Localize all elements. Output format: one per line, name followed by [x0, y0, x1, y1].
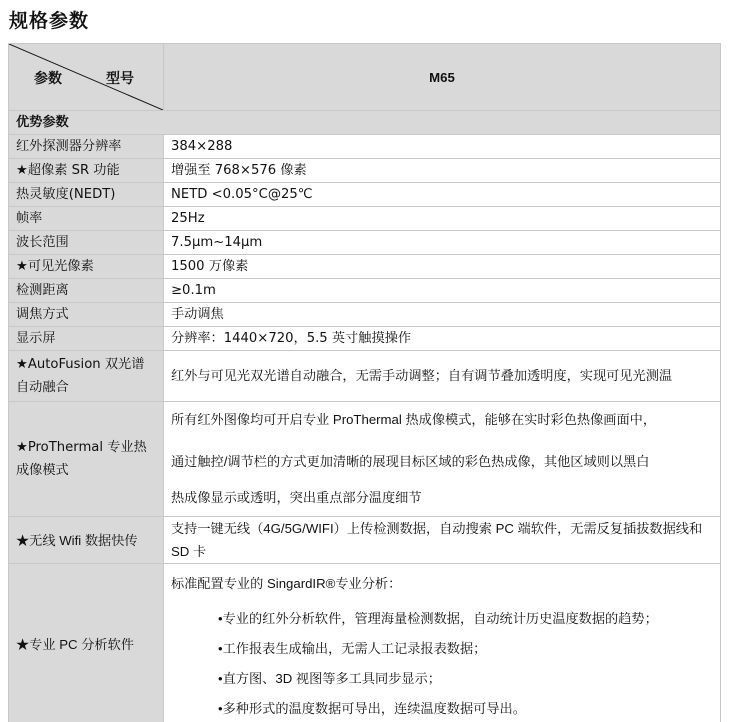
row-label: 检测距离	[9, 279, 164, 303]
table-header-row: 参数 型号 M65	[9, 44, 721, 111]
table-row: ★可见光像素 1500 万像素	[9, 255, 721, 279]
row-label: ★超像素 SR 功能	[9, 159, 164, 183]
prothermal-line: 热成像显示或透明，突出重点部分温度细节	[171, 480, 713, 516]
table-row: 显示屏 分辨率：1440×720，5.5 英寸触摸操作	[9, 327, 721, 351]
table-row: ★超像素 SR 功能 增强至 768×576 像素	[9, 159, 721, 183]
spec-table: 参数 型号 M65 优势参数 红外探测器分辨率 384×288 ★超像素 SR …	[8, 43, 721, 722]
table-row: ★AutoFusion 双光谱自动融合 红外与可见光双光谱自动融合，无需手动调整…	[9, 351, 721, 402]
row-label: 热灵敏度(NEDT)	[9, 183, 164, 207]
prothermal-line: 通过触控/调节栏的方式更加清晰的展现目标区域的彩色热成像，其他区域则以黑白	[171, 444, 713, 480]
table-row-prothermal: ★ProThermal 专业热成像模式 所有红外图像均可开启专业 ProTher…	[9, 402, 721, 517]
diagonal-header-cell: 参数 型号	[9, 44, 164, 111]
row-value: 增强至 768×576 像素	[164, 159, 721, 183]
pc-software-bullet: •工作报表生成输出，无需人工记录报表数据；	[171, 634, 713, 664]
pc-software-bullet: •直方图、3D 视图等多工具同步显示；	[171, 664, 713, 694]
row-label: ★专业 PC 分析软件	[9, 564, 164, 722]
row-value: 手动调焦	[164, 303, 721, 327]
pc-software-intro: 标准配置专业的 SingardIR®专业分析：	[171, 568, 713, 600]
row-label: 帧率	[9, 207, 164, 231]
row-value: NETD <0.05°C@25℃	[164, 183, 721, 207]
pc-software-bullet: •专业的红外分析软件，管理海量检测数据，自动统计历史温度数据的趋势；	[171, 604, 713, 634]
row-value: 25Hz	[164, 207, 721, 231]
row-label: 波长范围	[9, 231, 164, 255]
table-row: 波长范围 7.5μm~14μm	[9, 231, 721, 255]
row-label: ★ProThermal 专业热成像模式	[9, 402, 164, 517]
row-label: 调焦方式	[9, 303, 164, 327]
row-value: 支持一键无线（4G/5G/WIFI）上传检测数据，自动搜索 PC 端软件，无需反…	[164, 517, 721, 564]
section-title: 优势参数	[9, 111, 721, 135]
table-row: 调焦方式 手动调焦	[9, 303, 721, 327]
row-value: 1500 万像素	[164, 255, 721, 279]
page-title: 规格参数	[9, 6, 89, 33]
row-value: 7.5μm~14μm	[164, 231, 721, 255]
row-value: 分辨率：1440×720，5.5 英寸触摸操作	[164, 327, 721, 351]
row-value: 红外与可见光双光谱自动融合，无需手动调整；自有调节叠加透明度，实现可见光测温	[164, 351, 721, 402]
table-row-pc-software: ★专业 PC 分析软件 标准配置专业的 SingardIR®专业分析： •专业的…	[9, 564, 721, 722]
row-label: ★可见光像素	[9, 255, 164, 279]
table-row: 检测距离 ≥0.1m	[9, 279, 721, 303]
row-label: ★AutoFusion 双光谱自动融合	[9, 351, 164, 402]
model-name-cell: M65	[164, 44, 721, 111]
row-value: ≥0.1m	[164, 279, 721, 303]
table-row: 帧率 25Hz	[9, 207, 721, 231]
prothermal-line: 所有红外图像均可开启专业 ProThermal 热成像模式，能够在实时彩色热像画…	[171, 402, 713, 438]
table-row: 红外探测器分辨率 384×288	[9, 135, 721, 159]
diagonal-line	[9, 44, 163, 110]
row-label: ★无线 Wifi 数据快传	[9, 517, 164, 564]
row-value: 标准配置专业的 SingardIR®专业分析： •专业的红外分析软件，管理海量检…	[164, 564, 721, 722]
section-row: 优势参数	[9, 111, 721, 135]
row-value: 384×288	[164, 135, 721, 159]
model-header-label: 型号	[106, 68, 134, 91]
pc-software-bullet: •多种形式的温度数据可导出，连续温度数据可导出。	[171, 694, 713, 722]
param-header-label: 参数	[34, 68, 62, 91]
row-label: 显示屏	[9, 327, 164, 351]
table-row: 热灵敏度(NEDT) NETD <0.05°C@25℃	[9, 183, 721, 207]
table-row-wifi: ★无线 Wifi 数据快传 支持一键无线（4G/5G/WIFI）上传检测数据，自…	[9, 517, 721, 564]
row-label: 红外探测器分辨率	[9, 135, 164, 159]
row-value: 所有红外图像均可开启专业 ProThermal 热成像模式，能够在实时彩色热像画…	[164, 402, 721, 517]
